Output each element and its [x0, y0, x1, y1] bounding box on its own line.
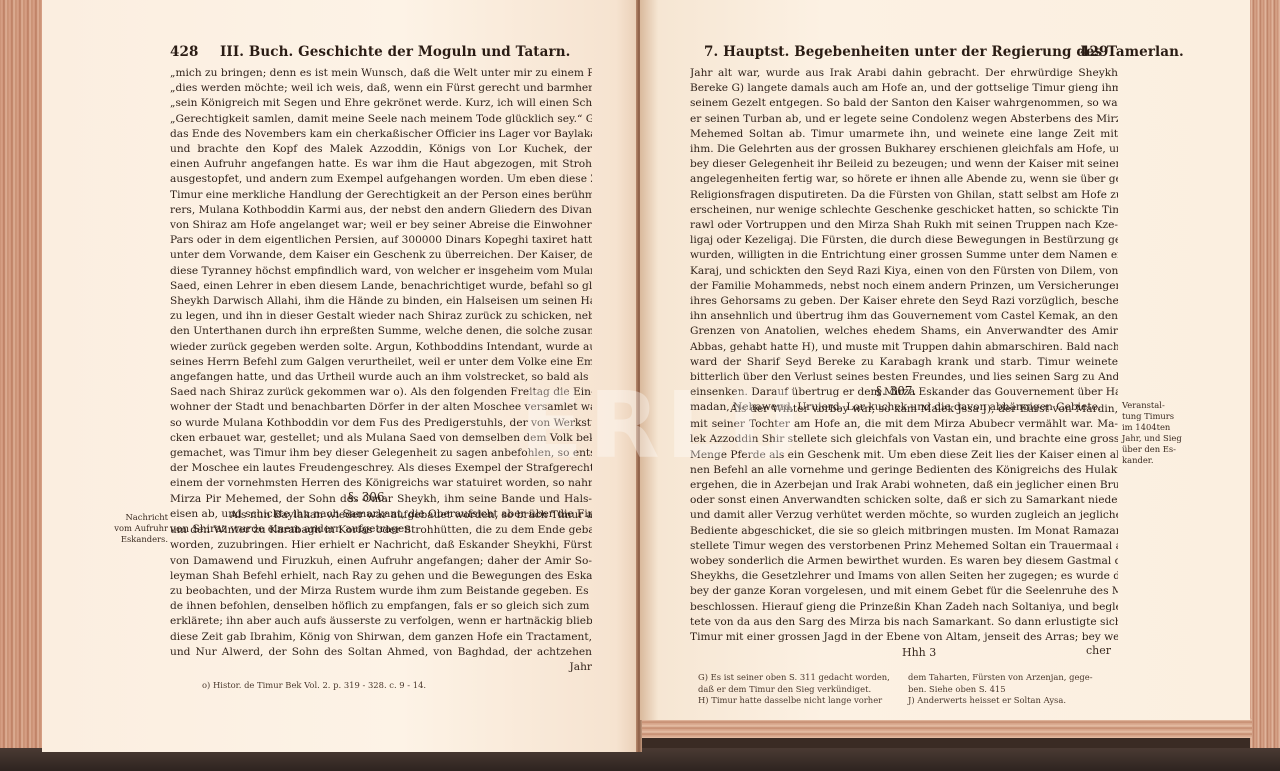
body-line: Religionsfragen disputireten. Da die Für… — [690, 188, 1118, 203]
body-line: Als nun Baylakan wieder war aufgebauet w… — [170, 508, 592, 523]
margin-note-line: über den Es- — [1122, 444, 1186, 455]
body-line: Sheykhs, die Gesetzlehrer und Imams von … — [690, 569, 1118, 584]
footnote-line: H) Timur hatte dasselbe nicht lange vorh… — [698, 695, 902, 707]
margin-note-left: Nachrichtvom AufruhrEskanders. — [106, 512, 168, 545]
footnotes-col2: dem Taharten, Fürsten von Arzenjan, gege… — [908, 672, 1120, 707]
body-line: zu beobachten, und der Mirza Rustem wurd… — [170, 584, 592, 599]
footnotes-col1: G) Es ist seiner oben S. 311 gedacht wor… — [698, 672, 902, 707]
body-line: rers, Mulana Kothboddin Karmi aus, der n… — [170, 203, 592, 218]
body-line: Timur mit einer grossen Jagd in der Eben… — [690, 630, 1118, 645]
body-line: ward der Sharif Seyd Bereke zu Karabagh … — [690, 355, 1118, 370]
body-line: leyman Shah Befehl erhielt, nach Ray zu … — [170, 569, 592, 584]
body-line: beschlossen. Hierauf gieng die Prinzeßin… — [690, 600, 1118, 615]
footnote-line: dem Taharten, Fürsten von Arzenjan, gege… — [908, 672, 1120, 684]
footnote-line: ben. Siehe oben S. 415 — [908, 684, 1120, 696]
body-line: Abbas, gehabt hatte H), und muste mit Tr… — [690, 340, 1118, 355]
body-line: ausgestopfet, und andern zum Exempel auf… — [170, 172, 592, 187]
catchword-left-row: Jahr — [170, 660, 592, 675]
body-line: das Ende des Novembers kam ein cherkaßis… — [170, 127, 592, 142]
body-line: Karaj, und schickten den Seyd Razi Kiya,… — [690, 264, 1118, 279]
body-line: von Shiraz am Hofe angelanget war; weil … — [170, 218, 592, 233]
body-line: „dies werden möchte; weil ich weis, daß,… — [170, 81, 592, 96]
body-line: Grenzen von Anatolien, welches ehedem Sh… — [690, 324, 1118, 339]
body-line: tete von da aus den Sarg des Mirza bis n… — [690, 615, 1118, 630]
body-line: um den Winter zu Karabagh in Korias oder… — [170, 523, 592, 538]
margin-note-line: tung Timurs — [1122, 411, 1186, 422]
body-line: angelegenheiten fertig war, so hörete er… — [690, 172, 1118, 187]
body-line: von Damawend und Firuzkuh, einen Aufruhr… — [170, 554, 592, 569]
page-number-right: 429 — [1080, 44, 1108, 60]
body-line: erklärete; ihn aber auch aufs äusserste … — [170, 614, 592, 629]
margin-note-line: vom Aufruhr — [106, 523, 168, 534]
body-line: den Unterthanen durch ihn erpreßten Summ… — [170, 324, 592, 339]
body-line: einen Aufruhr angefangen hatte. Es war i… — [170, 157, 592, 172]
body-line: er seinen Turban ab, und er legete seine… — [690, 112, 1118, 127]
body-line: seines Herrn Befehl zum Galgen verurthei… — [170, 355, 592, 370]
right-page: 7. Hauptst. Begebenheiten unter der Regi… — [640, 0, 1250, 720]
signature-mark: Hhh 3 — [902, 646, 936, 659]
book-edge-right — [1250, 0, 1280, 771]
margin-note-line: kander. — [1122, 455, 1186, 466]
margin-note-line: im 1404ten — [1122, 422, 1186, 433]
body-line: und brachte den Kopf des Malek Azzoddin,… — [170, 142, 592, 157]
body-line: ihn ansehnlich und übertrug ihm das Gouv… — [690, 309, 1118, 324]
body-line: wobey sonderlich die Armen bewirthet wur… — [690, 554, 1118, 569]
right-body-text: Jahr alt war, wurde aus Irak Arabi dahin… — [690, 66, 1118, 416]
body-line: wurden, willigten in die Entrichtung ein… — [690, 248, 1118, 263]
body-line: wieder zurück gegeben werden solte. Argu… — [170, 340, 592, 355]
body-line: bey der ganze Koran vorgelesen, und mit … — [690, 584, 1118, 599]
body-line: ihres Gehorsams zu geben. Der Kaiser ehr… — [690, 294, 1118, 309]
section-306-heading: §. 306. — [348, 490, 388, 504]
body-line: „Gerechtigkeit samlen, damit meine Seele… — [170, 112, 592, 127]
body-line: ihm. Die Gelehrten aus der grossen Bukha… — [690, 142, 1118, 157]
running-head-right: 7. Hauptst. Begebenheiten unter der Regi… — [704, 44, 1184, 60]
section-306-text: Als nun Baylakan wieder war aufgebauet w… — [170, 508, 592, 660]
body-line: ligaj oder Kezeligaj. Die Fürsten, die d… — [690, 233, 1118, 248]
body-line: stellete Timur wegen des verstorbenen Pr… — [690, 539, 1118, 554]
running-head-left: III. Buch. Geschichte der Moguln und Tat… — [220, 44, 570, 60]
body-line: und Nur Alwerd, der Sohn des Soltan Ahme… — [170, 645, 592, 660]
book-edge-bottom — [640, 718, 1252, 738]
body-line: erscheinen, nur wenige schlechte Geschen… — [690, 203, 1118, 218]
body-line: Pars oder in dem eigentlichen Persien, a… — [170, 233, 592, 248]
body-line: unter dem Vorwande, dem Kaiser ein Gesch… — [170, 248, 592, 263]
body-line: zu legen, und ihn in dieser Gestalt wied… — [170, 309, 592, 324]
body-line: der Familie Mohammeds, nebst noch einem … — [690, 279, 1118, 294]
margin-note-line: Eskanders. — [106, 534, 168, 545]
margin-note-line: Veranstal- — [1122, 400, 1186, 411]
body-line: de ihnen befohlen, denselben höflich zu … — [170, 599, 592, 614]
body-line: „sein Königreich mit Segen und Ehre gekr… — [170, 96, 592, 111]
section-307-heading: §. 307. — [876, 384, 916, 398]
page-number-left: 428 — [170, 44, 198, 60]
body-line: Saed, einen Lehrer in eben diesem Lande,… — [170, 279, 592, 294]
footnote-line: G) Es ist seiner oben S. 311 gedacht wor… — [698, 672, 902, 684]
body-line: ergehen, die in Azerbejan und Irak Arabi… — [690, 478, 1118, 493]
catchword-right: cher — [1086, 644, 1111, 657]
body-line: bey dieser Gelegenheit ihr Beileid zu be… — [690, 157, 1118, 172]
body-line: rawl oder Vortruppen und den Mirza Shah … — [690, 218, 1118, 233]
body-line: Mehemed Soltan ab. Timur umarmete ihn, u… — [690, 127, 1118, 142]
footnote-left: o) Histor. de Timur Bek Vol. 2. p. 319 -… — [202, 680, 426, 692]
footnote-line: daß er dem Timur den Sieg verkündiget. — [698, 684, 902, 696]
margin-note-line: Nachricht — [106, 512, 168, 523]
body-line: „mich zu bringen; denn es ist mein Wunsc… — [170, 66, 592, 81]
body-line: Sheykh Darwisch Allahi, ihm die Hände zu… — [170, 294, 592, 309]
footnote-line: J) Anderwerts heisset er Soltan Aysa. — [908, 695, 1120, 707]
catchword-left: Jahr — [170, 660, 592, 675]
body-line: oder sonst einen Anverwandten schicken s… — [690, 493, 1118, 508]
body-line: Bereke G) langete damals auch am Hofe an… — [690, 81, 1118, 96]
body-line: Jahr alt war, wurde aus Irak Arabi dahin… — [690, 66, 1118, 81]
book-edge-left — [0, 0, 42, 771]
margin-note-line: Jahr, und Sieg — [1122, 433, 1186, 444]
body-line: diese Tyranney höchst empfindlich ward, … — [170, 264, 592, 279]
body-line: seinem Gezelt entgegen. So bald der Sant… — [690, 96, 1118, 111]
watermark: ERLU — [520, 372, 808, 479]
body-line: Timur eine merkliche Handlung der Gerech… — [170, 188, 592, 203]
margin-note-right: Veranstal-tung Timursim 1404tenJahr, und… — [1122, 400, 1186, 466]
body-line: Bediente abgeschicket, die sie so gleich… — [690, 524, 1118, 539]
body-line: und damit aller Verzug verhütet werden m… — [690, 508, 1118, 523]
body-line: diese Zeit gab Ibrahim, König von Shirwa… — [170, 630, 592, 645]
body-line: worden, zuzubringen. Hier erhielt er Nac… — [170, 538, 592, 553]
